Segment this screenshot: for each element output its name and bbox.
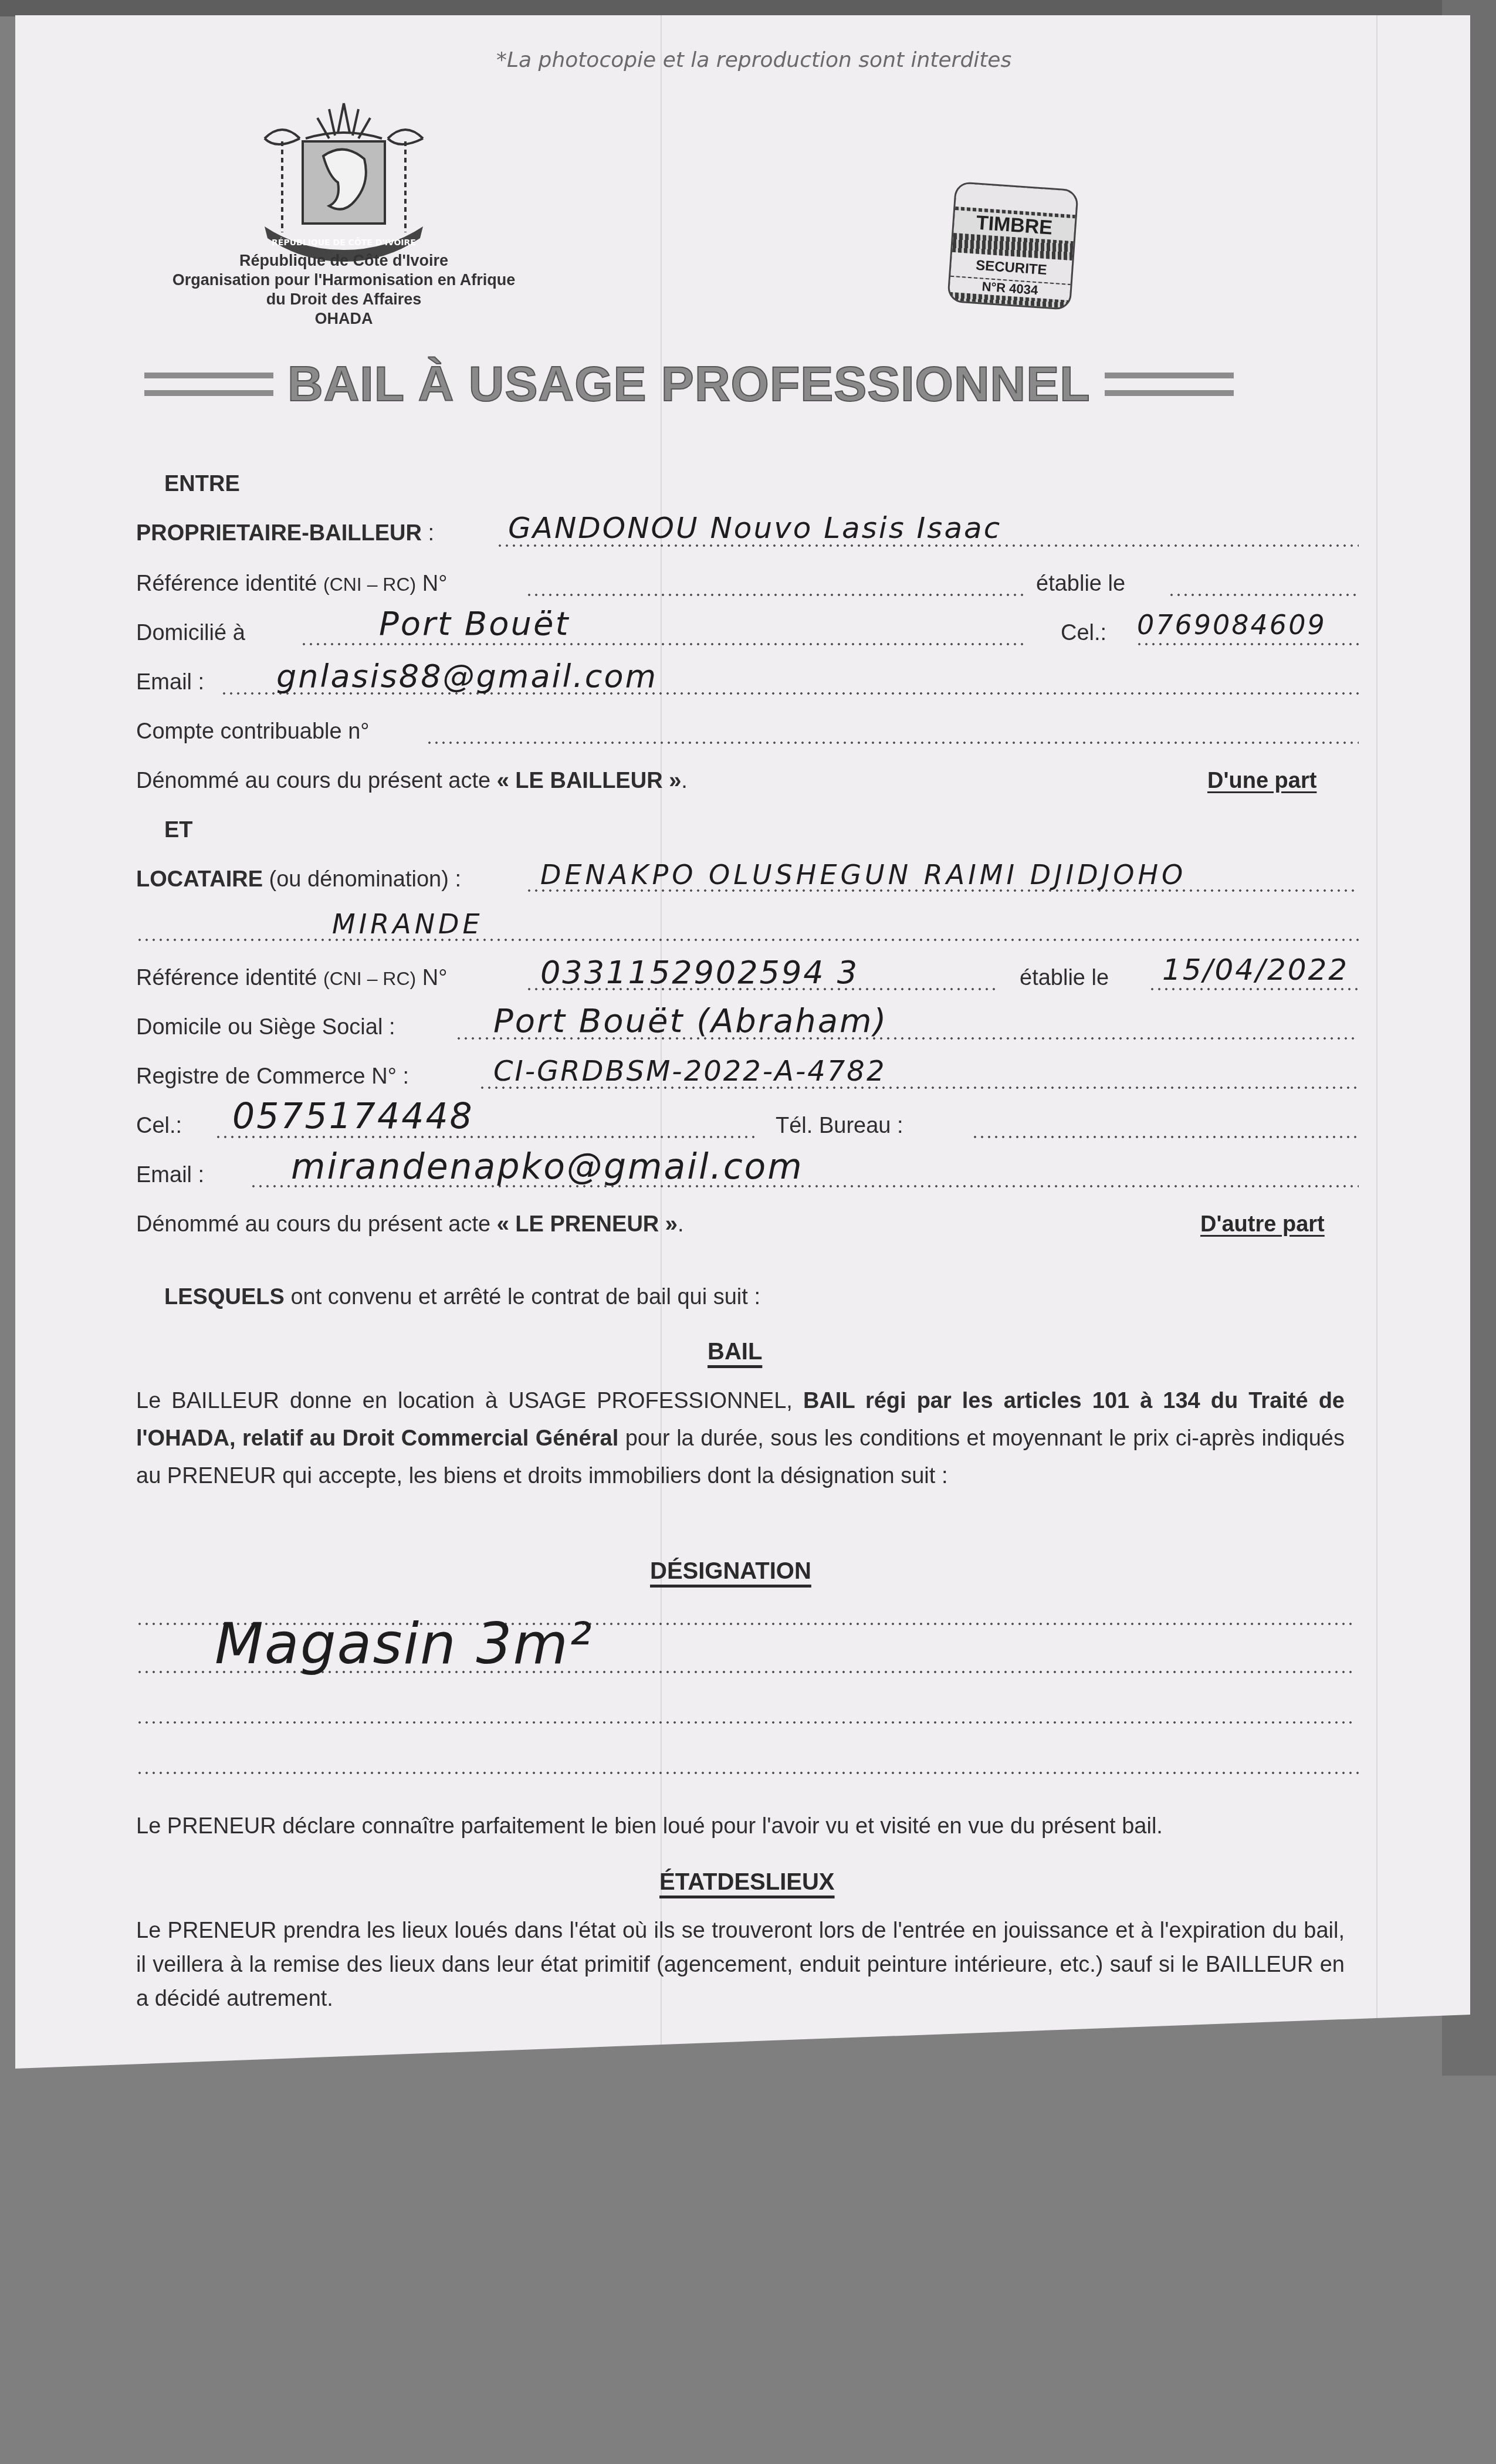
bailleur-etablie-label: établie le <box>1036 571 1125 597</box>
lease-document-page: *La photocopie et la reproduction sont i… <box>15 15 1470 2069</box>
emblem-caption: République de Côte d'Ivoire Organisation… <box>156 251 532 329</box>
locataire-name-field[interactable]: DENAKPO OLUSHEGUN RAIMI DJIDJOHO <box>540 859 1186 891</box>
bailleur-ref-label: Référence identité (CNI – RC) N° <box>136 571 447 597</box>
dautre-part-label: D'autre part <box>1200 1212 1325 1237</box>
caption-country: République de Côte d'Ivoire <box>156 251 532 270</box>
locataire-domicile-field[interactable]: Port Bouët (Abraham) <box>493 1002 888 1040</box>
locataire-etablie-label: établie le <box>1020 966 1109 991</box>
caption-org-cont: du Droit des Affaires <box>156 290 532 309</box>
bailleur-ref-field[interactable] <box>526 594 1024 596</box>
dune-part-label: D'une part <box>1207 769 1316 794</box>
entre-heading: ENTRE <box>164 472 240 496</box>
etat-des-lieux-paragraph: Le PRENEUR prendra les lieux loués dans … <box>136 1914 1345 2016</box>
fold-line <box>661 15 662 2069</box>
locataire-label: LOCATAIRE (ou dénomination) : <box>136 867 461 892</box>
proprietaire-field[interactable]: GANDONOU Nouvo Lasis Isaac <box>508 511 1001 545</box>
locataire-cel-field[interactable]: 0575174448 <box>232 1096 474 1137</box>
reproduction-notice: *La photocopie et la reproduction sont i… <box>496 48 1011 72</box>
et-heading: ET <box>164 818 193 842</box>
stamp-text-top: TIMBRE <box>953 210 1075 241</box>
title-decoration-right <box>1105 373 1234 396</box>
fiscal-stamp-icon: TIMBRE SECURITE N°R 4034 <box>947 181 1079 310</box>
designation-heading: DÉSIGNATION <box>650 1558 811 1585</box>
bailleur-cel-line <box>1136 643 1359 645</box>
bailleur-email-field[interactable]: gnlasis88@gmail.com <box>276 658 658 695</box>
scanner-border-top <box>0 0 1496 16</box>
locataire-email-field[interactable]: mirandenapko@gmail.com <box>291 1146 804 1187</box>
registre-commerce-label: Registre de Commerce N° : <box>136 1064 409 1089</box>
tel-bureau-field[interactable] <box>972 1136 1359 1138</box>
bailleur-cel-field[interactable]: 0769084609 <box>1137 609 1326 641</box>
proprietaire-label: PROPRIETAIRE-BAILLEUR : <box>136 521 434 546</box>
fold-line <box>1376 15 1377 2069</box>
svg-text:RÉPUBLIQUE DE CÔTE D'IVOIRE: RÉPUBLIQUE DE CÔTE D'IVOIRE <box>272 237 416 248</box>
locataire-ref-label: Référence identité (CNI – RC) N° <box>136 966 447 991</box>
locataire-domicile-label: Domicile ou Siège Social : <box>136 1015 395 1040</box>
registre-commerce-field[interactable]: CI-GRDBSM-2022-A-4782 <box>493 1055 886 1088</box>
locataire-ref-field[interactable]: 0331152902594 3 <box>540 954 859 991</box>
locataire-etablie-line <box>1149 988 1359 990</box>
bail-paragraph: Le BAILLEUR donne en location à USAGE PR… <box>136 1382 1345 1495</box>
document-title-row: BAIL À USAGE PROFESSIONNEL <box>144 356 1234 412</box>
designation-field[interactable]: Magasin 3m² <box>215 1611 593 1677</box>
compte-contribuable-label: Compte contribuable n° <box>136 719 370 744</box>
locataire-email-label: Email : <box>136 1163 204 1188</box>
cote-divoire-coat-of-arms-icon: RÉPUBLIQUE DE CÔTE D'IVOIRE <box>241 92 446 268</box>
locataire-denomme: Dénommé au cours du présent acte « LE PR… <box>136 1212 684 1237</box>
bailleur-domicile-field[interactable]: Port Bouët <box>379 605 570 643</box>
bail-heading: BAIL <box>708 1339 762 1365</box>
document-title: BAIL À USAGE PROFESSIONNEL <box>287 356 1091 412</box>
bailleur-domicile-line <box>300 643 1028 645</box>
designation-line-4 <box>136 1772 1359 1774</box>
bailleur-etablie-field[interactable] <box>1168 594 1359 596</box>
etat-des-lieux-heading: ÉTATDESLIEUX <box>659 1869 835 1896</box>
locataire-line-2 <box>136 939 1359 941</box>
locataire-etablie-field[interactable]: 15/04/2022 <box>1162 953 1349 987</box>
bailleur-denomme: Dénommé au cours du présent acte « LE BA… <box>136 769 688 794</box>
designation-declaration: Le PRENEUR déclare connaître parfaitemen… <box>136 1814 1163 1839</box>
bailleur-cel-label: Cel.: <box>1061 621 1106 646</box>
bailleur-email-label: Email : <box>136 670 204 695</box>
locataire-name-field-2[interactable]: MIRANDE <box>332 908 483 940</box>
tel-bureau-label: Tél. Bureau : <box>776 1113 903 1139</box>
caption-org: Organisation pour l'Harmonisation en Afr… <box>156 270 532 290</box>
compte-contribuable-field[interactable] <box>426 742 1359 744</box>
caption-ohada: OHADA <box>156 309 532 329</box>
locataire-cel-label: Cel.: <box>136 1113 182 1139</box>
lesquels-statement: LESQUELS ont convenu et arrêté le contra… <box>164 1285 760 1310</box>
bailleur-domicile-label: Domicilié à <box>136 621 245 646</box>
title-decoration-left <box>144 373 273 396</box>
designation-line-3 <box>136 1721 1356 1724</box>
